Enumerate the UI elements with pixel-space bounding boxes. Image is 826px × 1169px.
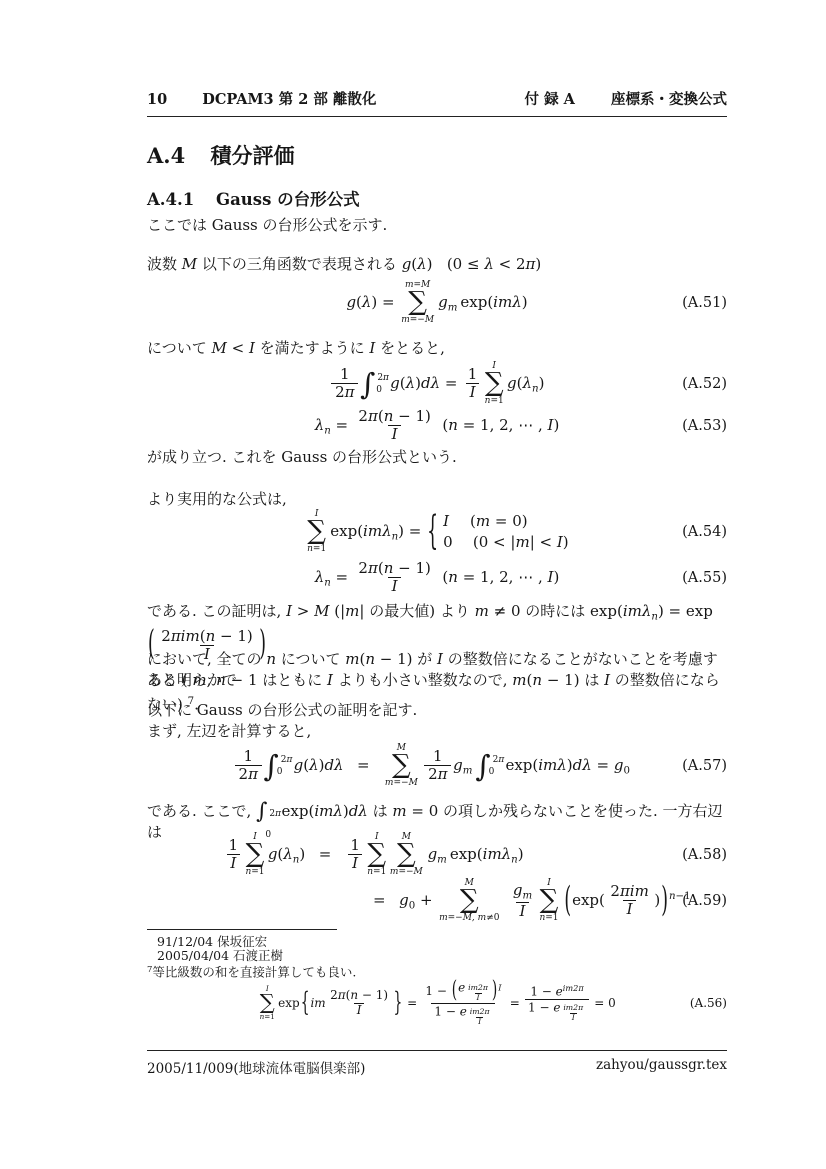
sigma-symbol: ∑ <box>408 290 427 315</box>
math-token: 1 − eim2π <box>527 984 586 999</box>
math-token: n <box>448 568 458 586</box>
math-token: 1 <box>340 365 350 383</box>
close-delimiter: } <box>393 988 404 1018</box>
paragraph-practical: より実用的な公式は, <box>147 489 727 510</box>
math-token: ) <box>522 293 528 311</box>
sigma-symbol: ∑ <box>540 888 559 913</box>
math-token: 0 <box>373 385 385 395</box>
equation-a58: 1II∑n=1g(λn)=1II∑n=1M∑m=−Mgmexp(imλn) (A… <box>147 832 727 878</box>
paragraph-lhs: まず, 左辺を計算すると, <box>147 721 727 742</box>
math-token: 0 <box>277 767 283 777</box>
math-token: 1 − <box>425 984 450 998</box>
equation-a51-number: (A.51) <box>682 295 727 311</box>
sigma-symbol: ∑ <box>246 842 265 867</box>
math-token: π <box>368 407 378 425</box>
math-token: I <box>392 425 398 443</box>
footnote-date-line-1: 91/12/04 保坂征宏 <box>147 935 737 949</box>
math-token: g <box>390 374 400 392</box>
math-token: − 1) は <box>542 671 604 689</box>
math-token: 1 <box>240 748 257 765</box>
math-token: 2π(n − 1) <box>355 560 435 577</box>
equation-a52: 12π∫2π0g(λ)dλ = 1II∑n=1g(λn) (A.52) <box>147 361 727 407</box>
math-token: 2π <box>269 804 281 825</box>
math-fraction: gmI <box>509 882 536 921</box>
math-token: 2 <box>161 627 171 645</box>
math-token: 波数 <box>147 255 182 273</box>
subsection-title: Gauss の台形公式 <box>216 190 360 209</box>
math-token: < <box>227 339 249 357</box>
math-token: g <box>507 374 517 392</box>
math-integral: ∫2π0 <box>256 802 278 822</box>
math-fraction: 2π(n − 1)I <box>355 408 435 444</box>
math-token: − 1) <box>393 559 431 577</box>
sigma-symbol: ∑ <box>307 519 326 544</box>
footnote-rule <box>147 929 337 930</box>
math-fraction: im2πI <box>468 1008 492 1027</box>
math-token: π <box>338 988 346 1002</box>
math-token: λ <box>406 374 416 392</box>
math-token: ) (0 ≤ <box>427 255 485 273</box>
paragraph-wavenumber: 波数 M 以下の三角函数で表現される g(λ) (0 ≤ λ < 2π) <box>147 254 727 275</box>
math-token: =1 <box>373 867 386 877</box>
equation-a55-number: (A.55) <box>682 570 727 586</box>
math-token: I <box>348 854 361 872</box>
math-token: I <box>392 577 398 595</box>
math-token: exp(2πimI) <box>572 883 660 919</box>
math-token: 等比級数の和を直接計算しても良い. <box>152 965 356 980</box>
math-token: ) = exp <box>658 602 713 620</box>
math-token: I <box>357 1003 362 1017</box>
math-summation: M∑m=−M <box>385 743 418 789</box>
equation-a52-number: (A.52) <box>682 376 727 392</box>
page-footer: 2005/11/009(地球流体電脳倶楽部) zahyou/gaussgr.te… <box>147 1050 727 1077</box>
math-token: I <box>478 1017 481 1026</box>
math-summation: I∑n=1 <box>307 509 326 555</box>
math-token: = <box>440 374 462 392</box>
math-token: imλ <box>538 756 567 774</box>
open-delimiter: ( <box>563 881 572 921</box>
math-token: n=1 <box>367 867 386 877</box>
math-fraction: 1I <box>464 366 481 402</box>
math-token: I <box>354 1003 365 1018</box>
math-token: 2 <box>358 407 368 425</box>
math-token: + <box>415 891 437 909</box>
footer-left: 2005/11/009(地球流体電脳倶楽部) <box>147 1057 365 1077</box>
equation-a52-body: 12π∫2π0g(λ)dλ = 1II∑n=1g(λn) <box>147 361 727 407</box>
math-token: n <box>216 671 226 689</box>
header-right-title: 座標系・変換公式 <box>611 91 727 108</box>
equation-a54-number: (A.54) <box>682 524 727 540</box>
math-token: 0 <box>489 767 501 777</box>
math-token: (0 < | <box>473 533 516 551</box>
section-number: A.4 <box>147 143 185 168</box>
sigma-symbol: ∑ <box>367 842 386 867</box>
math-token: I <box>230 854 236 872</box>
math-token: π <box>383 373 389 383</box>
math-token: exp( <box>282 802 315 820</box>
math-token: ) <box>299 845 305 863</box>
math-token: 0 <box>443 533 453 551</box>
math-token: 1 − <box>528 1001 553 1015</box>
page-number: 10 <box>147 91 167 108</box>
math-token: = <box>506 996 524 1010</box>
math-token: I <box>388 577 401 595</box>
math-token: 2π(n − 1) <box>355 408 435 425</box>
equation-a58-body: 1II∑n=1g(λn)=1II∑n=1M∑m=−Mgmexp(imλn) <box>147 832 727 878</box>
math-token: ) <box>535 255 541 273</box>
equation-a51: g(λ) = m=M∑m=−Mgmexp(imλ) (A.51) <box>147 280 727 326</box>
math-token: = <box>357 756 370 774</box>
math-token: gm <box>509 882 536 902</box>
math-token: 2π0 <box>490 755 502 777</box>
math-token: が成り立つ. これを Gauss の台形公式という. <box>147 448 457 466</box>
equation-a54: I∑n=1exp(imλn) = {I(m = 0)0(0 < |m| < I)… <box>147 509 727 555</box>
paragraph-below-proof: 以下に Gauss の台形公式の証明を記す. <box>147 700 727 721</box>
math-token: g <box>346 293 356 311</box>
math-integral: ∫2π0 <box>264 753 290 779</box>
math-token: 2π0 <box>278 755 290 777</box>
math-token: im2π <box>468 983 488 992</box>
equation-a53-body: λn = 2π(n − 1)I(n = 1, 2, ⋯ , I) <box>147 408 727 444</box>
math-subscript: 0 <box>623 765 629 776</box>
math-token: π <box>526 255 536 273</box>
math-token: m=−M <box>401 315 434 325</box>
math-token: n <box>448 416 458 434</box>
math-token: im2π <box>470 1007 490 1016</box>
math-token: m <box>463 765 473 776</box>
math-token: について <box>276 650 345 668</box>
equation-a55-body: λn = 2π(n − 1)I(n = 1, 2, ⋯ , I) <box>147 560 727 596</box>
math-token: , <box>207 671 217 689</box>
math-summation: I∑n=1 <box>539 878 558 924</box>
equation-a53-number: (A.53) <box>682 418 727 434</box>
subsection-number: A.4.1 <box>147 190 194 209</box>
math-token: m=−M <box>390 867 423 877</box>
math-token: =1 <box>251 867 264 877</box>
math-token: λ <box>315 416 325 434</box>
math-token: ≠0 <box>486 913 499 923</box>
math-token: =1 <box>545 913 558 923</box>
math-token: exp <box>278 996 300 1010</box>
math-token: ) <box>539 374 545 392</box>
math-fraction: 1 − eim2π1 − eim2πI <box>525 984 589 1023</box>
math-token: n=1 <box>485 396 504 406</box>
math-fraction: 12π <box>235 748 262 784</box>
math-token: 2π <box>235 765 262 783</box>
math-token: g <box>268 845 278 863</box>
math-fraction: 2π(n − 1)I <box>355 560 435 596</box>
math-token: 1 <box>336 366 353 383</box>
math-token: 以下の三角函数で表現される <box>197 255 402 273</box>
math-token: imλ <box>363 522 392 540</box>
math-token: である. この証明は, <box>147 602 286 620</box>
math-superscript: im2πI <box>465 979 491 989</box>
math-token: I <box>466 383 479 401</box>
math-token: を満たすように <box>255 339 370 357</box>
math-token: exp( <box>590 602 623 620</box>
math-token: = 0 <box>590 996 615 1010</box>
math-token: 1 − <box>434 1004 459 1018</box>
page-header: 10 DCPAM3 第 2 部 離散化 付 録 A 座標系・変換公式 <box>147 88 727 117</box>
math-token: λ <box>484 255 494 273</box>
math-token: ) <box>563 533 569 551</box>
math-token: exp( <box>572 891 605 909</box>
math-token: ) <box>518 845 524 863</box>
math-token: g <box>513 881 523 899</box>
math-token: 1 − <box>530 984 555 998</box>
math-token: e <box>556 984 563 998</box>
math-token: = 0) <box>490 512 528 530</box>
equation-a56-body: I∑n=1exp{im2π(n − 1)I} = 1 − (eim2πI)I1 … <box>147 980 727 1027</box>
math-token: 2π <box>331 383 358 401</box>
math-fraction: 12π <box>424 748 451 784</box>
math-summation: M∑m=−M, m≠0 <box>439 878 499 924</box>
math-token: exp( <box>505 756 538 774</box>
math-token: m=−M <box>385 778 418 788</box>
math-token: 1 <box>433 747 443 765</box>
math-token: imλ <box>623 602 652 620</box>
math-fraction: 2π(n − 1)I <box>327 989 391 1018</box>
math-token: n=1 <box>307 544 326 554</box>
math-token: 0 <box>489 767 495 777</box>
math-token: をとると, <box>375 339 445 357</box>
equation-a55: λn = 2π(n − 1)I(n = 1, 2, ⋯ , I) (A.55) <box>147 560 727 596</box>
math-token: = 1, 2, ⋯ , <box>458 568 548 586</box>
math-token: | の最大値) より <box>359 602 474 620</box>
math-summation: I∑n=1 <box>260 985 275 1022</box>
equation-a59-number: (A.59) <box>682 893 727 909</box>
sigma-symbol: ∑ <box>260 993 275 1013</box>
section-title: 積分評価 <box>211 143 295 168</box>
math-token: ある ( <box>147 671 192 689</box>
math-token: ) = <box>371 293 399 311</box>
math-token: 1 <box>350 836 360 854</box>
math-summation: m=M∑m=−M <box>401 280 434 326</box>
math-token: =1 <box>313 544 326 554</box>
math-superscript: im2π <box>563 983 584 993</box>
cases-brace: { <box>426 509 439 555</box>
equation-a57-body: 12π∫2π0g(λ)dλ=M∑m=−M12πgm∫2π0exp(imλ)dλ … <box>147 743 727 789</box>
math-token: 0 <box>623 765 629 776</box>
math-token: I <box>443 512 449 530</box>
math-token: imλ <box>483 845 512 863</box>
math-token: − 1 はともに <box>226 671 327 689</box>
math-token: m <box>522 890 532 901</box>
math-fraction: im2πI <box>466 984 490 1003</box>
math-token: dλ <box>421 374 440 392</box>
math-token: − 1) <box>358 988 388 1002</box>
math-token: よりも小さい整数なので, <box>333 671 512 689</box>
math-token: − 1) <box>393 407 431 425</box>
math-token: imλ <box>493 293 522 311</box>
header-right-label: 付 録 A <box>525 91 575 108</box>
math-token: 2 <box>358 559 368 577</box>
paragraph-intro: ここでは Gauss の台形公式を示す. <box>147 215 727 236</box>
math-token: I(m = 0) <box>443 512 569 530</box>
section-heading: A.4 積分評価 <box>147 140 727 170</box>
equation-a54-body: I∑n=1exp(imλn) = {I(m = 0)0(0 < |m| < I) <box>147 509 727 555</box>
math-token: 0(0 < |m| < I) <box>443 533 569 551</box>
math-summation: I∑n=1 <box>367 832 386 878</box>
math-token: λ <box>417 255 427 273</box>
math-token: im <box>310 996 325 1010</box>
math-delimited-group: (eim2πI) <box>451 980 498 1003</box>
math-token: M <box>314 602 329 620</box>
math-token: m <box>476 512 490 530</box>
math-token: m <box>475 602 489 620</box>
math-token: = <box>373 891 386 909</box>
equation-a51-body: g(λ) = m=M∑m=−Mgmexp(imλ) <box>147 280 727 326</box>
math-token: I <box>623 900 636 918</box>
equation-a57-number: (A.57) <box>682 758 727 774</box>
math-token: 1 <box>464 366 481 383</box>
math-fraction: 1I <box>225 837 242 873</box>
sigma-symbol: ∑ <box>397 842 416 867</box>
math-token: | < <box>530 533 557 551</box>
math-token: < 2 <box>494 255 526 273</box>
document-page: 10 DCPAM3 第 2 部 離散化 付 録 A 座標系・変換公式 A.4 積… <box>0 0 826 1169</box>
math-token: n <box>365 650 375 668</box>
math-token: について <box>147 339 211 357</box>
math-token: = <box>331 416 353 434</box>
math-token: λ <box>523 374 533 392</box>
math-token: − 1) が <box>375 650 437 668</box>
math-token: m <box>437 854 447 865</box>
math-token: m <box>192 671 206 689</box>
math-token: M <box>414 867 423 877</box>
math-token: =− <box>393 778 408 788</box>
math-token: g <box>402 255 412 273</box>
math-token: n <box>384 559 394 577</box>
math-token: 1 <box>225 837 242 854</box>
math-token: m <box>512 671 526 689</box>
close-delimiter: ) <box>491 978 498 1005</box>
math-token: 1 <box>468 365 478 383</box>
math-summation: I∑n=1 <box>485 361 504 407</box>
math-token: I <box>516 902 529 920</box>
math-token: ≠ 0 の時には <box>489 602 590 620</box>
math-token: より実用的な公式は, <box>147 490 287 508</box>
math-token: m <box>515 533 529 551</box>
math-token: 0 <box>376 385 382 395</box>
math-token: πim <box>171 627 200 645</box>
math-token: im2π <box>466 984 490 993</box>
paragraph-condition: について M < I を満たすように I をとると, <box>147 338 727 359</box>
math-token: λ <box>283 845 293 863</box>
math-fraction: 12π <box>331 366 358 402</box>
math-token: I <box>388 425 401 443</box>
math-token: (| <box>329 602 345 620</box>
math-token: ) <box>553 568 559 586</box>
math-token: π <box>275 809 281 819</box>
math-token: I <box>570 1013 577 1023</box>
math-token: im2π <box>468 1008 492 1017</box>
math-token: π <box>368 559 378 577</box>
math-token: = <box>319 845 332 863</box>
math-token: exp( <box>450 845 483 863</box>
math-token: I <box>352 854 358 872</box>
math-token: g <box>453 756 463 774</box>
math-fraction: 1 − (eim2πI)I1 − eim2πI <box>422 980 504 1027</box>
math-token: M <box>409 778 418 788</box>
equation-a53: λn = 2π(n − 1)I(n = 1, 2, ⋯ , I) (A.53) <box>147 408 727 444</box>
footnote-text: 7等比級数の和を直接計算しても良い. <box>147 963 727 980</box>
math-fraction: 2πimI <box>607 883 653 919</box>
math-delimited-group: {im2π(n − 1)I} <box>300 989 404 1018</box>
math-token: m <box>448 302 458 313</box>
math-token: 2 <box>239 765 249 783</box>
math-superscript: im2πI <box>560 999 586 1009</box>
math-token: 0 <box>277 767 289 777</box>
math-token: n=1 <box>539 913 558 923</box>
math-token: =− <box>410 315 425 325</box>
math-superscript: im2πI <box>467 1003 493 1013</box>
paragraph-holds: が成り立つ. これを Gauss の台形公式という. <box>147 447 727 468</box>
math-token: n=1 <box>260 1013 275 1021</box>
math-token: I <box>475 993 482 1003</box>
header-left-title: DCPAM3 第 2 部 離散化 <box>202 91 376 108</box>
math-token: dλ <box>324 756 343 774</box>
math-token: π <box>498 755 504 765</box>
math-token: 2 <box>428 765 438 783</box>
math-token: I <box>477 993 480 1002</box>
math-token: n <box>384 407 394 425</box>
math-token: π <box>438 765 448 783</box>
math-token: m <box>345 650 359 668</box>
math-token: I <box>627 900 633 918</box>
footnote-date-line-2: 2005/04/04 石渡正樹 <box>147 949 737 963</box>
math-token: =− <box>398 867 413 877</box>
math-subscript: m <box>463 765 473 776</box>
math-token: n <box>206 627 216 645</box>
math-summation: M∑m=−M <box>390 832 423 878</box>
math-token: I <box>476 1017 483 1027</box>
math-token: 1 − eim2πI <box>525 999 589 1023</box>
math-token: m <box>345 602 359 620</box>
math-token: − 1) <box>215 627 253 645</box>
footer-right: zahyou/gaussgr.tex <box>596 1057 727 1077</box>
math-summation: I∑n=1 <box>245 832 264 878</box>
math-superscript: I <box>498 982 501 992</box>
math-token: exp( <box>460 293 493 311</box>
math-token: 2π(n − 1) <box>327 989 391 1003</box>
math-token: g <box>399 891 409 909</box>
math-subscript: m <box>437 854 447 865</box>
math-token: g <box>294 756 304 774</box>
math-token: まず, 左辺を計算すると, <box>147 722 311 740</box>
math-token: 1 <box>347 837 364 854</box>
math-token: m <box>439 913 448 923</box>
math-token: =− <box>448 913 463 923</box>
math-token: 2πim <box>607 883 653 900</box>
math-token: m <box>392 802 406 820</box>
math-token: I(m = 0)0(0 < |m| < I) <box>443 512 569 551</box>
sigma-symbol: ∑ <box>485 371 504 396</box>
math-token: λ <box>362 293 372 311</box>
math-token: n <box>350 988 358 1002</box>
math-token: im2π <box>563 983 584 993</box>
math-token: 2π <box>424 765 451 783</box>
math-cases: {I(m = 0)0(0 < |m| < I) <box>426 512 569 551</box>
math-token: 2 <box>610 882 620 900</box>
math-token: im2π <box>563 1003 583 1012</box>
math-token: = <box>403 996 421 1010</box>
math-token: M, m <box>463 913 486 923</box>
math-token: 2π0 <box>266 804 278 819</box>
math-token: M <box>425 315 434 325</box>
math-token: I <box>227 854 240 872</box>
math-token: im2π <box>561 1004 585 1013</box>
